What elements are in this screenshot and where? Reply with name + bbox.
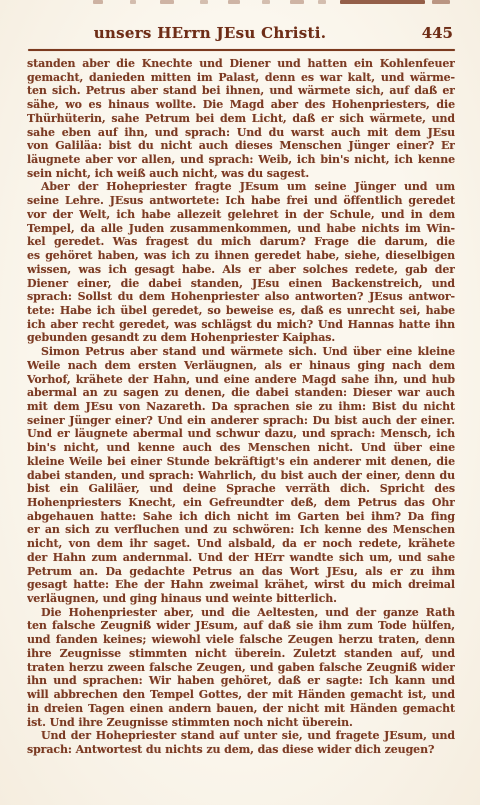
- text-line: es gehöret haben, was ich zu ihnen gered…: [27, 249, 455, 263]
- text-line: kleine Weile bei einer Stunde bekräftigt…: [27, 455, 455, 469]
- text-line: Und er läugnete abermal und schwur dazu,…: [27, 427, 455, 441]
- text-line: sprach: Sollst du dem Hohenpriester also…: [27, 290, 455, 304]
- cutoff-glyph-fragment: [262, 0, 270, 4]
- text-line: Vorhof, krähete der Hahn, und eine ander…: [27, 373, 455, 387]
- text-line: mit dem JEsu von Nazareth. Da sprachen s…: [27, 400, 455, 414]
- text-line: sprach: Antwortest du nichts zu dem, das…: [27, 743, 455, 757]
- text-line: und fanden keines; wiewohl viele falsche…: [27, 633, 455, 647]
- text-line: gebunden gesandt zu dem Hohenpriester Ka…: [27, 331, 455, 345]
- text-line: gemacht, danieden mitten im Palast, denn…: [27, 71, 455, 85]
- text-line: Thürhüterin, sahe Petrum bei dem Licht, …: [27, 112, 455, 126]
- text-line: bin's nicht, und kenne auch des Menschen…: [27, 441, 455, 455]
- text-line: gesagt hatte: Ehe der Hahn zweimal krähe…: [27, 578, 455, 592]
- text-line: traten herzu zween falsche Zeugen, und g…: [27, 661, 455, 675]
- text-line: standen aber die Knechte und Diener und …: [27, 57, 455, 71]
- running-header: unsers HErrn JEsu Christi. 445: [0, 24, 480, 44]
- text-line: abermal an zu sagen zu denen, die dabei …: [27, 386, 455, 400]
- text-line: kel geredet. Was fragest du mich darum? …: [27, 235, 455, 249]
- page-text: standen aber die Knechte und Diener und …: [27, 57, 455, 757]
- cutoff-glyph-fragment: [93, 0, 103, 4]
- text-line: Und der Hohepriester stand auf unter sie…: [27, 729, 455, 743]
- text-line: ten falsche Zeugniß wider JEsum, auf daß…: [27, 619, 455, 633]
- text-line: Tempel, da alle Juden zusammenkommen, un…: [27, 222, 455, 236]
- text-line: Simon Petrus aber stand und wärmete sich…: [27, 345, 455, 359]
- text-line: Petrum an. Da gedachte Petrus an das Wor…: [27, 565, 455, 579]
- cutoff-glyph-fragment: [160, 0, 174, 4]
- text-line: Die Hohenpriester aber, und die Aelteste…: [27, 606, 455, 620]
- text-line: will abbrechen den Tempel Gottes, der mi…: [27, 688, 455, 702]
- text-line: ich aber recht geredet, was schlägst du …: [27, 318, 455, 332]
- text-line: seiner Jünger einer? Und ein anderer spr…: [27, 414, 455, 428]
- page-top-cutoff-text: [0, 0, 480, 6]
- cutoff-glyph-fragment: [228, 0, 240, 4]
- text-line: sein nicht, ich weiß auch nicht, was du …: [27, 167, 455, 181]
- cutoff-glyph-fragment: [290, 0, 304, 4]
- text-line: ist. Und ihre Zeugnisse stimmten noch ni…: [27, 716, 455, 730]
- text-line: ihn und sprachen: Wir haben gehöret, daß…: [27, 674, 455, 688]
- text-line: nicht, von dem ihr saget. Und alsbald, d…: [27, 537, 455, 551]
- text-line: verläugnen, und ging hinaus und weinte b…: [27, 592, 455, 606]
- cutoff-glyph-fragment: [200, 0, 208, 4]
- text-line: in dreien Tagen einen andern bauen, der …: [27, 702, 455, 716]
- text-line: er an sich zu verfluchen und zu schwören…: [27, 523, 455, 537]
- cutoff-glyph-fragment: [340, 0, 425, 4]
- text-line: ten sich. Petrus aber stand bei ihnen, u…: [27, 84, 455, 98]
- text-line: abgehauen hatte: Sahe ich dich nicht im …: [27, 510, 455, 524]
- text-line: der Hahn zum andernmal. Und der HErr wan…: [27, 551, 455, 565]
- text-line: bist ein Galiläer, und deine Sprache ver…: [27, 482, 455, 496]
- text-line: tete: Habe ich übel geredet, so beweise …: [27, 304, 455, 318]
- text-line: Weile nach dem ersten Verläugnen, als er…: [27, 359, 455, 373]
- running-header-title: unsers HErrn JEsu Christi.: [0, 24, 420, 42]
- book-page: unsers HErrn JEsu Christi. 445 standen a…: [0, 0, 480, 805]
- text-line: sahe eben auf ihn, und sprach: Und du wa…: [27, 126, 455, 140]
- text-line: seine Lehre. JEsus antwortete: Ich habe …: [27, 194, 455, 208]
- text-line: Hohenpriesters Knecht, ein Gefreundter d…: [27, 496, 455, 510]
- page-number: 445: [422, 24, 453, 42]
- text-line: vor der Welt, ich habe allezeit gelehret…: [27, 208, 455, 222]
- cutoff-glyph-fragment: [432, 0, 450, 4]
- text-line: dabei standen, und sprach: Wahrlich, du …: [27, 469, 455, 483]
- text-line: Aber der Hohepriester fragte JEsum um se…: [27, 180, 455, 194]
- text-line: wissen, was ich gesagt habe. Als er aber…: [27, 263, 455, 277]
- text-line: sähe, wo es hinaus wollte. Die Magd aber…: [27, 98, 455, 112]
- cutoff-glyph-fragment: [318, 0, 326, 4]
- header-rule: [28, 49, 455, 51]
- text-line: von Galiläa: bist du nicht auch dieses M…: [27, 139, 455, 153]
- text-line: ihre Zeugnisse stimmten nicht überein. Z…: [27, 647, 455, 661]
- text-line: läugnete aber vor allen, und sprach: Wei…: [27, 153, 455, 167]
- cutoff-glyph-fragment: [130, 0, 136, 4]
- text-line: Diener einer, die dabei standen, JEsu ei…: [27, 277, 455, 291]
